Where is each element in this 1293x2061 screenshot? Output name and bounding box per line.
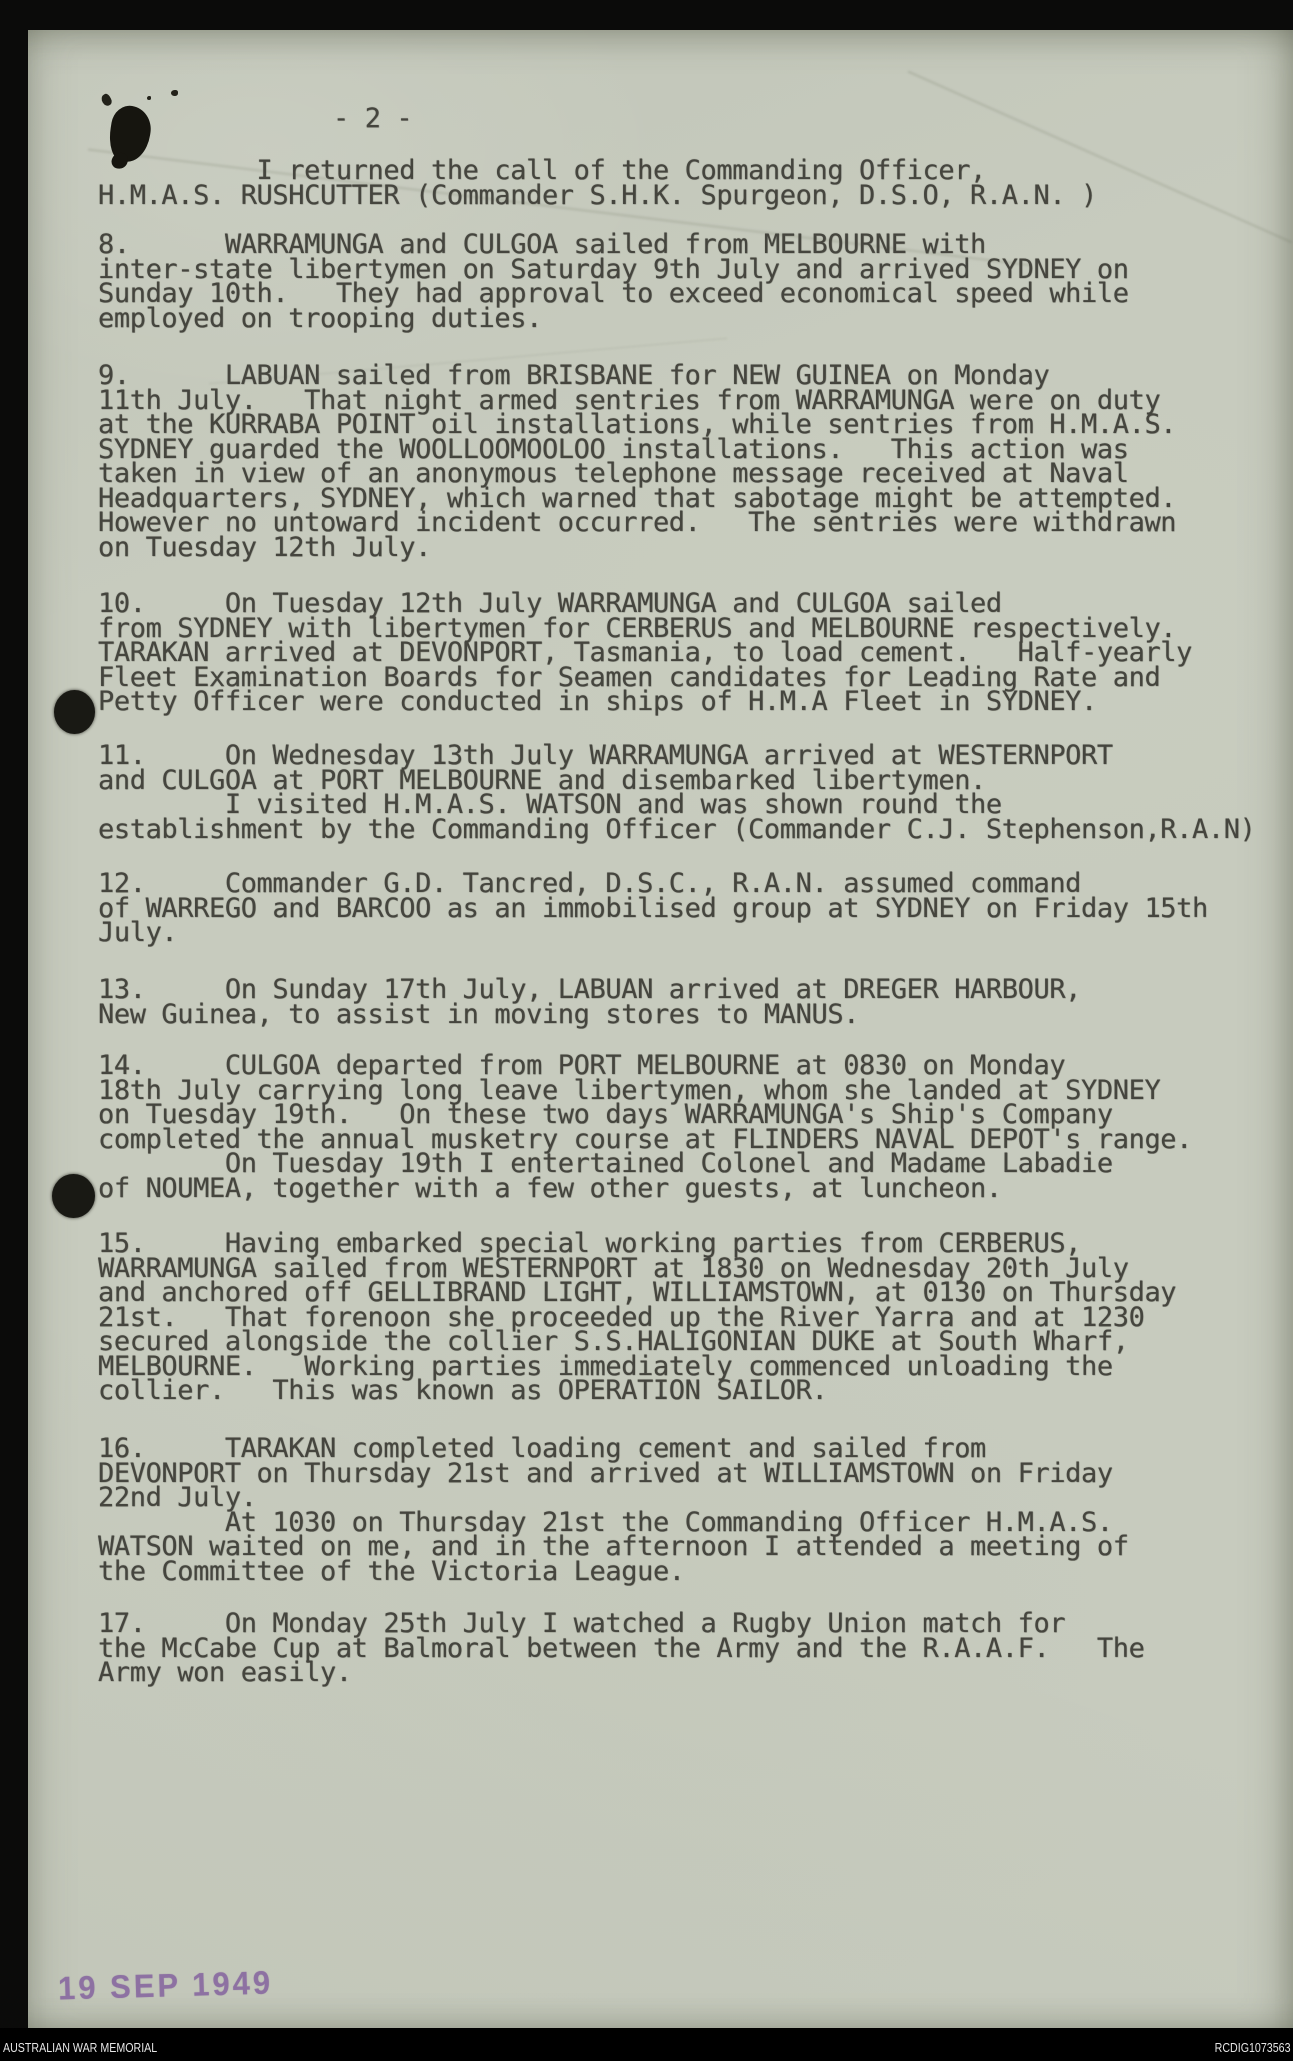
paragraph-10: 10. On Tuesday 12th July WARRAMUNGA and … — [98, 592, 1192, 715]
footer-reference-id: RCDIG1073563 — [1214, 2040, 1290, 2055]
paragraph-8: 8. WARRAMUNGA and CULGOA sailed from MEL… — [98, 233, 1129, 331]
paragraph-12: 12. Commander G.D. Tancred, D.S.C., R.A.… — [98, 872, 1208, 946]
hole-punch — [52, 1174, 95, 1218]
paragraph-13: 13. On Sunday 17th July, LABUAN arrived … — [98, 978, 1081, 1027]
ink-speck — [100, 93, 114, 108]
ink-speck — [171, 90, 178, 96]
paragraph-15: 15. Having embarked special working part… — [98, 1232, 1176, 1404]
paper-sheet: - 2 - I returned the call of the Command… — [28, 30, 1293, 2028]
footer-bar: AUSTRALIAN WAR MEMORIAL RCDIG1073563 — [0, 2028, 1293, 2061]
page-number: - 2 - — [333, 107, 412, 132]
footer-archive-label: AUSTRALIAN WAR MEMORIAL — [3, 2040, 157, 2055]
paragraph-9: 9. LABUAN sailed from BRISBANE for NEW G… — [98, 364, 1176, 560]
paragraph-17: 17. On Monday 25th July I watched a Rugb… — [98, 1612, 1144, 1686]
intro-paragraph: I returned the call of the Commanding Of… — [98, 159, 1097, 208]
scanned-document-page: - 2 - I returned the call of the Command… — [0, 0, 1293, 2061]
paragraph-16: 16. TARAKAN completed loading cement and… — [98, 1437, 1129, 1584]
paragraph-11: 11. On Wednesday 13th July WARRAMUNGA ar… — [98, 744, 1255, 842]
paragraph-14: 14. CULGOA departed from PORT MELBOURNE … — [98, 1054, 1192, 1201]
date-stamp: 19 SEP 1949 — [58, 1964, 274, 2008]
hole-punch — [54, 690, 95, 734]
ink-speck — [147, 96, 151, 100]
